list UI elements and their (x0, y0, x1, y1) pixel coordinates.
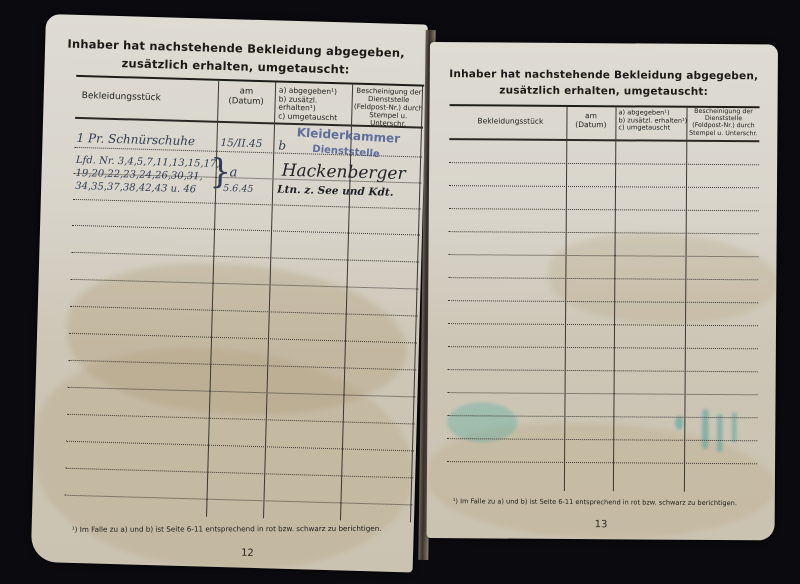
column-header-confirmation: Bescheinigung der Dienststelle (Feldpost… (687, 108, 759, 137)
header-bottom-rule (449, 138, 759, 142)
table-row (448, 277, 758, 280)
column-divider (613, 107, 617, 491)
entry-item-line4: 34,35,37,38,42,43 u. 46 (75, 181, 196, 195)
clothing-table: Bekleidungsstück am (Datum) a) abgegeben… (447, 104, 760, 492)
column-header-date: am (Datum) (566, 112, 615, 130)
table-row (448, 346, 758, 349)
action-header-c: c) umgetauscht (278, 112, 352, 123)
signature-rank-note: Ltn. z. See und Kdt. (277, 184, 394, 199)
column-header-item: Bekleidungsstück (82, 91, 218, 105)
table-row (449, 231, 759, 234)
table-row (70, 306, 418, 317)
clothing-table: Bekleidungsstück am (Datum) a) abgegeben… (64, 75, 424, 525)
table-row (66, 441, 414, 452)
table-row (449, 185, 759, 188)
table-row (67, 414, 415, 425)
table-row (72, 225, 420, 236)
column-divider (263, 82, 276, 518)
table-row (449, 254, 759, 257)
page-number: 12 (241, 548, 254, 559)
table-row (65, 468, 413, 479)
table-row (73, 199, 421, 210)
page-heading-line1: Inhaber hat nachstehende Bekleidung abge… (430, 68, 778, 82)
table-row (447, 438, 757, 441)
table-row (448, 300, 758, 303)
column-header-action: a) abgegeben¹) b) zusätzl. erhalten¹) c)… (618, 109, 688, 132)
stamp-line1: Kleiderkammer (296, 125, 400, 145)
page-number: 13 (595, 519, 608, 530)
table-row (65, 495, 413, 506)
action-header-c: c) umgetauscht (618, 124, 688, 132)
confirm-header-line4: Stempel u. Unterschr. (353, 111, 423, 129)
right-page: Inhaber hat nachstehende Bekleidung abge… (427, 42, 778, 540)
date-header-line2: (Datum) (217, 97, 274, 108)
column-header-date: am (Datum) (217, 87, 275, 108)
column-divider (564, 107, 568, 491)
page-heading-line2: zusätzlich erhalten, umgetauscht: (430, 84, 778, 98)
confirm-header-line3: (Feldpost-Nr.) durch (687, 122, 759, 130)
table-row (68, 387, 416, 398)
confirm-header-line4: Stempel u. Unterschr. (687, 130, 759, 138)
column-header-item: Bekleidungsstück (477, 117, 567, 126)
footnote: ¹) Im Falle zu a) und b) ist Seite 6-11 … (72, 524, 382, 534)
table-row (449, 162, 759, 165)
entry-item-line3: 19,20,22,23,24,26,30,31, (75, 168, 202, 183)
table-row (447, 415, 757, 418)
table-row (71, 252, 419, 263)
table-row (447, 461, 757, 464)
entry-action-2: a (229, 165, 237, 180)
entry-action-1: b (278, 139, 286, 153)
column-header-confirmation: Bescheinigung der Dienststelle (Feldpost… (353, 87, 424, 129)
table-row (449, 208, 759, 211)
date-header-line2: (Datum) (566, 121, 615, 130)
entry-date-2: 5.6.45 (223, 183, 254, 195)
table-row (448, 323, 758, 326)
entry-date-1: 15/II.45 (220, 137, 262, 150)
signature: Hackenberger (281, 161, 405, 184)
table-row (448, 369, 758, 372)
stamp-line2: Dienststelle (312, 144, 380, 160)
table-row (68, 360, 416, 371)
column-header-action: a) abgegeben¹) b) zusätzl. erhalten¹) c)… (278, 87, 353, 124)
left-page: Inhaber hat nachstehende Bekleidung abge… (31, 14, 428, 572)
table-row (69, 333, 417, 344)
table-row (71, 279, 419, 290)
entry-item-line1: 1 Pr. Schnürschuhe (76, 131, 195, 148)
column-divider (206, 81, 219, 517)
column-divider (684, 108, 688, 492)
table-row (448, 392, 758, 395)
